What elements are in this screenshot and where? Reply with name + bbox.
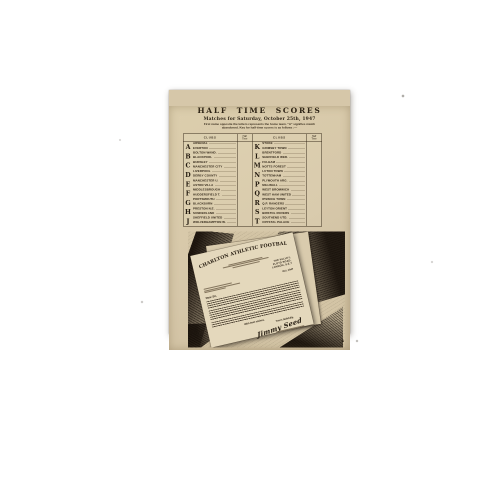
half-time-score-cell bbox=[237, 217, 253, 226]
half-time-score-cell bbox=[237, 152, 253, 161]
half-time-score-cell bbox=[237, 189, 253, 198]
match-row: M FULHAM NOTTS FOREST bbox=[253, 161, 322, 170]
club-name: SOUTHEND UTD. bbox=[262, 217, 287, 220]
match-club-pair: BOLTON WAND. BLACKPOOL bbox=[193, 152, 237, 161]
club-name: DERBY COUNTY bbox=[193, 175, 217, 178]
dotted-leader bbox=[289, 209, 305, 210]
club-name: BURNLEY bbox=[193, 161, 208, 164]
club-name: BLACKPOOL bbox=[193, 156, 212, 159]
dotted-leader bbox=[277, 162, 305, 163]
half-time-score-cell bbox=[306, 152, 322, 161]
right-table-header: CLUBS Half Time bbox=[253, 134, 322, 142]
match-club-pair: PRESTON N.E. SUNDERLAND bbox=[193, 207, 237, 216]
half-time-score-cell bbox=[306, 198, 322, 207]
match-letter: E bbox=[184, 179, 193, 188]
dotted-leader bbox=[214, 204, 235, 205]
club-row: CRYSTAL PALACE bbox=[262, 221, 306, 226]
dotted-leader bbox=[293, 195, 305, 196]
match-row: J SHEFFIELD UNITED WOLVERHAMPTON W. bbox=[184, 217, 253, 226]
match-row: N LUTON TOWN TOTTENHAM bbox=[253, 170, 322, 179]
half-time-score-cell bbox=[306, 179, 322, 188]
club-name: PORTSMOUTH bbox=[193, 198, 215, 201]
match-row: D LIVERPOOL DERBY COUNTY bbox=[184, 170, 253, 179]
dotted-leader bbox=[291, 213, 305, 214]
match-club-pair: ARSENAL EVERTON bbox=[193, 142, 237, 151]
match-row: H PRESTON N.E. SUNDERLAND bbox=[184, 207, 253, 216]
match-club-pair: FULHAM NOTTS FOREST bbox=[262, 161, 306, 170]
club-name: GRIMSBY TOWN bbox=[262, 147, 286, 150]
match-club-pair: WEST BROMWICH WEST HAM UNITED bbox=[262, 189, 306, 198]
dotted-leader bbox=[289, 181, 305, 182]
dotted-leader bbox=[227, 223, 235, 224]
dotted-leader bbox=[209, 162, 235, 163]
dotted-leader bbox=[216, 209, 235, 210]
half-time-header-word: Time bbox=[242, 138, 247, 141]
dotted-leader bbox=[220, 181, 235, 182]
club-name: NOTTS FOREST bbox=[262, 165, 286, 168]
club-name: IPSWICH TOWN bbox=[262, 198, 285, 201]
club-name: ARSENAL bbox=[193, 142, 208, 145]
match-letter: B bbox=[184, 152, 193, 161]
match-club-pair: MIDDLESBROUGH HUDDERSFIELD T. bbox=[193, 189, 237, 198]
match-letter: M bbox=[253, 161, 262, 170]
half-time-score-cell bbox=[237, 170, 253, 179]
dotted-leader bbox=[215, 186, 235, 187]
scores-table-left-half: CLUBS Half Time A ARSENAL bbox=[184, 134, 253, 226]
half-time-column-header: Half Time bbox=[237, 134, 253, 142]
match-letter: K bbox=[253, 142, 262, 151]
match-club-pair: MANCHESTER U. ASTON VILLA bbox=[193, 179, 237, 188]
match-letter: P bbox=[253, 179, 262, 188]
match-row: T SOUTHEND UTD. CRYSTAL PALACE bbox=[253, 217, 322, 226]
dotted-leader bbox=[209, 144, 235, 145]
match-list-left: A ARSENAL EVERTON bbox=[184, 142, 253, 226]
match-club-pair: LIVERPOOL DERBY COUNTY bbox=[193, 170, 237, 179]
club-name: TOTTENHAM bbox=[262, 175, 281, 178]
club-name: MANCHESTER CITY bbox=[193, 165, 222, 168]
club-name: SUNDERLAND bbox=[193, 212, 214, 215]
scores-table-right-half: CLUBS Half Time K STOKE bbox=[252, 134, 321, 226]
dotted-leader bbox=[209, 148, 235, 149]
match-row: K STOKE GRIMSBY TOWN bbox=[253, 142, 322, 151]
club-name: WOLVERHAMPTON W. bbox=[193, 221, 226, 224]
clubs-column-header: CLUBS bbox=[184, 134, 237, 142]
club-name: MIDDLESBROUGH bbox=[193, 189, 220, 192]
instructions-note: First name opposite the letters represen… bbox=[169, 123, 350, 130]
match-row: B BOLTON WAND. BLACKPOOL bbox=[184, 152, 253, 161]
dotted-leader bbox=[286, 204, 305, 205]
match-club-pair: LEYTON ORIENT BRISTOL ROVERS bbox=[262, 207, 306, 216]
dotted-leader bbox=[290, 158, 305, 159]
dotted-leader bbox=[218, 153, 235, 154]
club-name: MILLWALL bbox=[262, 184, 278, 187]
instructions-note-line2: abandoned. Key for half-time scores is a… bbox=[169, 127, 350, 131]
club-name: WEST BROMWICH bbox=[262, 189, 289, 192]
half-time-score-cell bbox=[237, 142, 253, 151]
match-row: E MANCHESTER U. ASTON VILLA bbox=[184, 179, 253, 188]
club-name: PRESTON N.E. bbox=[193, 207, 215, 210]
match-club-pair: PLYMOUTH ARG. MILLWALL bbox=[262, 179, 306, 188]
match-letter: D bbox=[184, 170, 193, 179]
page-subtitle: Matches for Saturday, October 25th, 1947 bbox=[169, 117, 350, 122]
letter-illustration: CHARLTON ATHLETIC FOOTBALL Cº LIMITED TH… bbox=[188, 231, 345, 347]
match-row: P PLYMOUTH ARG. MILLWALL bbox=[253, 179, 322, 188]
programme-page-scan: HALF TIME SCORES Matches for Saturday, O… bbox=[169, 90, 350, 334]
dotted-leader bbox=[288, 148, 304, 149]
dotted-leader bbox=[283, 176, 305, 177]
match-row: R IPSWICH TOWN Q.P. RANGERS bbox=[253, 198, 322, 207]
page-title: HALF TIME SCORES bbox=[169, 106, 350, 115]
club-name: STOKE bbox=[262, 142, 272, 145]
dotted-leader bbox=[279, 186, 304, 187]
half-time-score-cell bbox=[237, 207, 253, 216]
half-time-score-cell bbox=[306, 207, 322, 216]
dotted-leader bbox=[283, 153, 305, 154]
half-time-score-cell bbox=[306, 142, 322, 151]
match-club-pair: SHEFFIELD UNITED WOLVERHAMPTON W. bbox=[193, 217, 237, 226]
club-name: CRYSTAL PALACE bbox=[262, 221, 289, 224]
dotted-leader bbox=[219, 176, 235, 177]
dotted-leader bbox=[274, 144, 304, 145]
dotted-leader bbox=[222, 190, 236, 191]
half-time-score-cell bbox=[306, 161, 322, 170]
club-name: LIVERPOOL bbox=[193, 170, 211, 173]
half-time-score-cell bbox=[306, 170, 322, 179]
dotted-leader bbox=[287, 167, 304, 168]
dotted-leader bbox=[284, 172, 304, 173]
club-name: EVERTON bbox=[193, 147, 208, 150]
dotted-leader bbox=[212, 172, 235, 173]
match-letter: Q bbox=[253, 189, 262, 198]
club-name: WEST HAM UNITED bbox=[262, 193, 291, 196]
club-name: ASTON VILLA bbox=[193, 184, 213, 187]
page-number: 4 bbox=[341, 338, 344, 343]
match-club-pair: IPSWICH TOWN Q.P. RANGERS bbox=[262, 198, 306, 207]
match-row: Q WEST BROMWICH WEST HAM UNITED bbox=[253, 189, 322, 198]
left-table-header: CLUBS Half Time bbox=[184, 134, 253, 142]
match-letter: S bbox=[253, 207, 262, 216]
dotted-leader bbox=[291, 223, 305, 224]
half-time-column-header: Half Time bbox=[306, 134, 322, 142]
match-row: A ARSENAL EVERTON bbox=[184, 142, 253, 151]
match-list-right: K STOKE GRIMSBY TOWN bbox=[253, 142, 322, 226]
half-time-score-cell bbox=[306, 217, 322, 226]
match-letter: G bbox=[184, 198, 193, 207]
letter-date: Oct. 1947 bbox=[282, 267, 294, 272]
club-name: BRISTOL ROVERS bbox=[262, 212, 289, 215]
club-row: WOLVERHAMPTON W. bbox=[193, 221, 237, 226]
dotted-leader bbox=[291, 190, 305, 191]
programme-page: HALF TIME SCORES Matches for Saturday, O… bbox=[169, 106, 350, 350]
match-club-pair: SOUTHEND UTD. CRYSTAL PALACE bbox=[262, 217, 306, 226]
match-club-pair: PORTSMOUTH BLACKBURN bbox=[193, 198, 237, 207]
match-row: L BRENTFORD SHEFFIELD WED. bbox=[253, 152, 322, 161]
club-name: PLYMOUTH ARG. bbox=[262, 179, 287, 182]
dotted-leader bbox=[222, 195, 235, 196]
club-name: BRENTFORD bbox=[262, 152, 281, 155]
club-name: SHEFFIELD UNITED bbox=[193, 217, 222, 220]
match-letter: C bbox=[184, 161, 193, 170]
match-row: C BURNLEY MANCHESTER CITY bbox=[184, 161, 253, 170]
match-letter: J bbox=[184, 217, 193, 226]
match-club-pair: STOKE GRIMSBY TOWN bbox=[262, 142, 306, 151]
match-letter: T bbox=[253, 217, 262, 226]
clubs-column-header: CLUBS bbox=[253, 134, 306, 142]
match-letter: R bbox=[253, 198, 262, 207]
match-club-pair: BRENTFORD SHEFFIELD WED. bbox=[262, 152, 306, 161]
dotted-leader bbox=[224, 218, 235, 219]
match-row: G PORTSMOUTH BLACKBURN bbox=[184, 198, 253, 207]
match-club-pair: BURNLEY MANCHESTER CITY bbox=[193, 161, 237, 170]
match-letter: L bbox=[253, 152, 262, 161]
club-name: HUDDERSFIELD T. bbox=[193, 193, 220, 196]
club-name: FULHAM bbox=[262, 161, 275, 164]
club-name: MANCHESTER U. bbox=[193, 179, 218, 182]
half-time-score-cell bbox=[306, 189, 322, 198]
dotted-leader bbox=[287, 199, 305, 200]
club-name: BOLTON WAND. bbox=[193, 152, 217, 155]
match-row: F MIDDLESBROUGH HUDDERSFIELD T. bbox=[184, 189, 253, 198]
dotted-leader bbox=[214, 158, 235, 159]
club-name: SHEFFIELD WED. bbox=[262, 156, 288, 159]
half-time-score-cell bbox=[237, 161, 253, 170]
match-row: S LEYTON ORIENT BRISTOL ROVERS bbox=[253, 207, 322, 216]
half-time-header-word: Time bbox=[311, 138, 316, 141]
dotted-leader bbox=[224, 167, 235, 168]
dotted-leader bbox=[216, 199, 235, 200]
match-letter: H bbox=[184, 207, 193, 216]
match-club-pair: LUTON TOWN TOTTENHAM bbox=[262, 170, 306, 179]
dotted-leader bbox=[216, 213, 235, 214]
club-name: LUTON TOWN bbox=[262, 170, 283, 173]
match-letter: N bbox=[253, 170, 262, 179]
club-name: LEYTON ORIENT bbox=[262, 207, 287, 210]
club-name: BLACKBURN bbox=[193, 203, 212, 206]
match-letter: A bbox=[184, 142, 193, 151]
dotted-leader bbox=[289, 218, 305, 219]
club-name: Q.P. RANGERS bbox=[262, 203, 284, 206]
half-time-scores-table: CLUBS Half Time A ARSENAL bbox=[183, 134, 322, 227]
match-letter: F bbox=[184, 189, 193, 198]
half-time-score-cell bbox=[237, 179, 253, 188]
half-time-score-cell bbox=[237, 198, 253, 207]
